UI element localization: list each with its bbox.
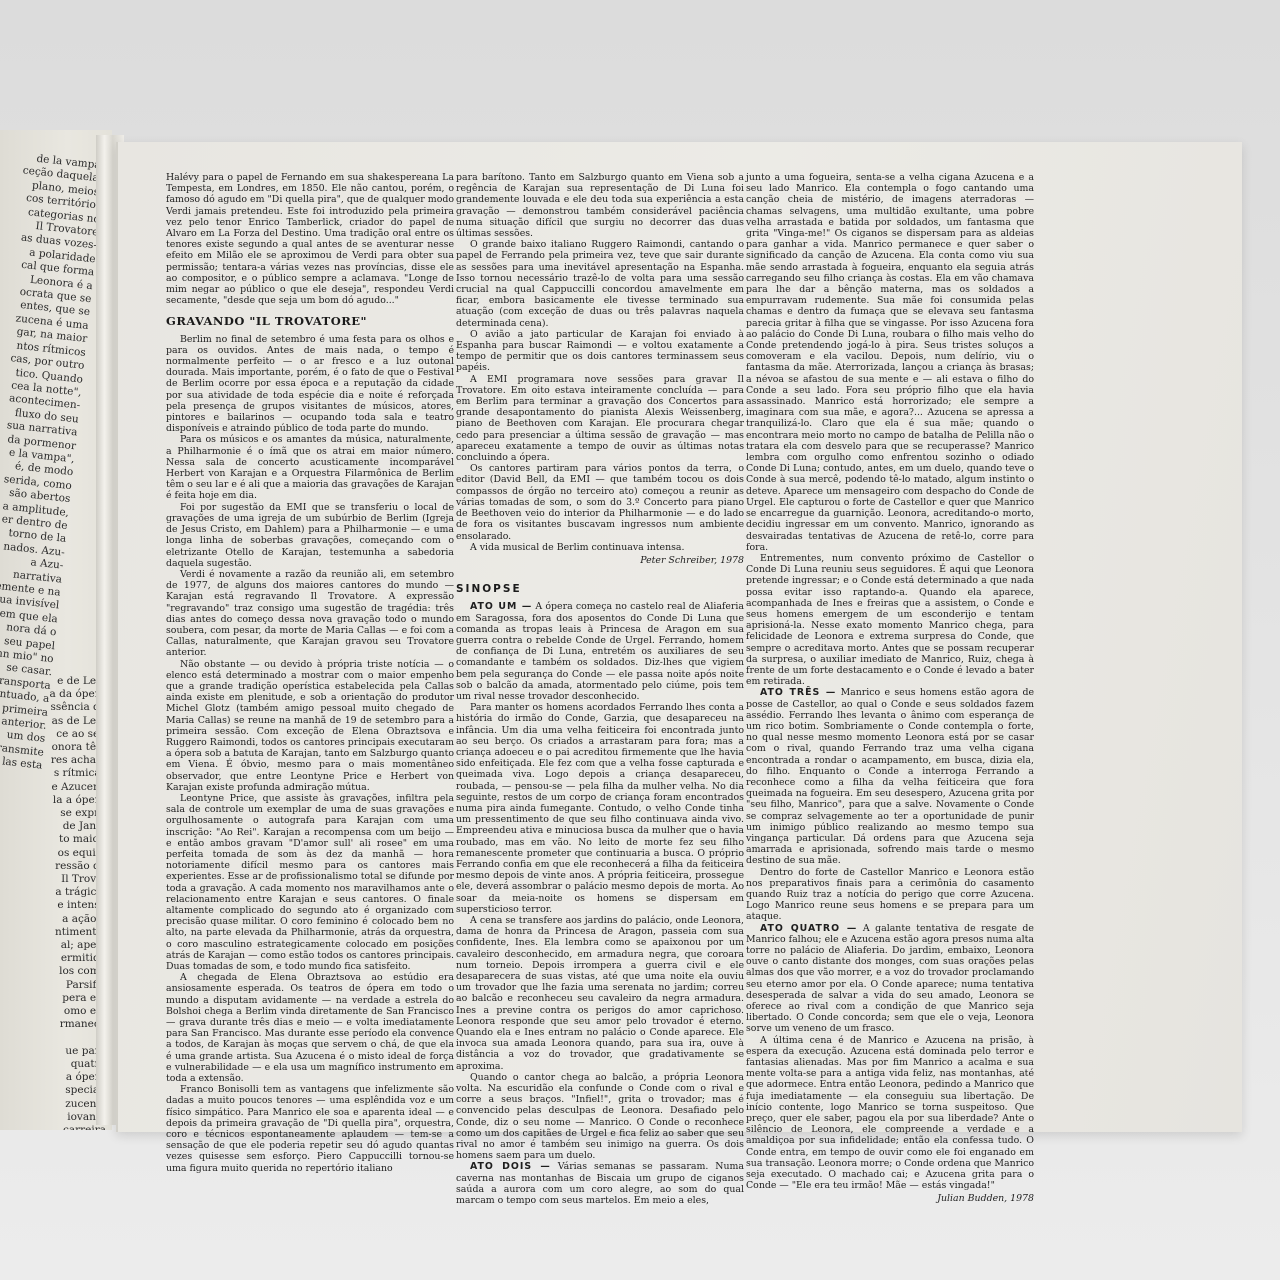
left-page-text-bottom: e de Leo- a da ópera ssência de as de Le… [0, 675, 106, 1130]
paragraph: Dentro do forte de Castellor Manrico e L… [746, 867, 1034, 923]
act-four-paragraph: ATO QUATRO — A galante tentativa de resg… [746, 923, 1034, 1035]
column-3: junto a uma fogueira, senta-se a velha c… [746, 172, 1034, 1205]
author-signature: Julian Budden, 1978 [746, 1193, 1034, 1204]
paragraph: O grande baixo italiano Ruggero Raimondi… [456, 239, 744, 329]
paragraph: Entrementes, num convento próximo de Cas… [746, 553, 1034, 687]
act-two-paragraph: ATO DOIS — Várias semanas se passaram. N… [456, 1161, 744, 1206]
paragraph: A cena se transfere aos jardins do palác… [456, 915, 744, 1072]
paragraph: Foi por sugestão da EMI que se transferi… [166, 502, 454, 569]
section-heading-sinopse: SINOPSE [456, 584, 744, 595]
intro-paragraph: Halévy para o papel de Fernando em sua s… [166, 172, 454, 306]
paragraph: A vida musical de Berlim continuava inte… [456, 542, 744, 553]
paragraph: O avião a jato particular de Karajan foi… [456, 329, 744, 374]
section-heading-gravando: GRAVANDO "IL TROVATORE" [166, 316, 454, 327]
paragraph: Os cantores partiram para vários pontos … [456, 463, 744, 541]
paragraph: Não obstante — ou devido à própria trist… [166, 659, 454, 793]
act-label: ATO TRÊS — [760, 687, 836, 698]
column-2: para barítono. Tanto em Salzburgo quanto… [456, 172, 744, 1206]
column-1: Halévy para o papel de Fernando em sua s… [166, 172, 454, 1174]
paragraph: Franco Bonisolli tem as vantagens que in… [166, 1084, 454, 1174]
record-sleeve-page: Halévy para o papel de Fernando em sua s… [116, 142, 1242, 1132]
act-label: ATO DOIS — [470, 1161, 551, 1172]
author-signature: Peter Schreiber, 1978 [456, 555, 744, 566]
paragraph: Para os músicos e os amantes da música, … [166, 434, 454, 501]
paragraph: A chegada de Elena Obraztsova ao estúdio… [166, 972, 454, 1084]
paragraph: Berlim no final de setembro é uma festa … [166, 334, 454, 435]
paragraph: A EMI programara nove sessões para grava… [456, 374, 744, 464]
act-label: ATO QUATRO — [760, 923, 857, 934]
act-label: ATO UM — [470, 601, 532, 612]
act-one-paragraph: ATO UM — A ópera começa no castelo real … [456, 601, 744, 702]
paragraph: Verdi é novamente a razão da reunião ali… [166, 569, 454, 659]
act-three-paragraph: ATO TRÊS — Manrico e seus homens estão a… [746, 687, 1034, 866]
paragraph: Para manter os homens acordados Ferrando… [456, 702, 744, 915]
paragraph: para barítono. Tanto em Salzburgo quanto… [456, 172, 744, 239]
paragraph: junto a uma fogueira, senta-se a velha c… [746, 172, 1034, 553]
paragraph: Quando o cantor chega ao balcão, a própr… [456, 1072, 744, 1162]
paragraph: Leontyne Price, que assiste às gravações… [166, 793, 454, 972]
paragraph: A última cena é de Manrico e Azucena na … [746, 1035, 1034, 1192]
